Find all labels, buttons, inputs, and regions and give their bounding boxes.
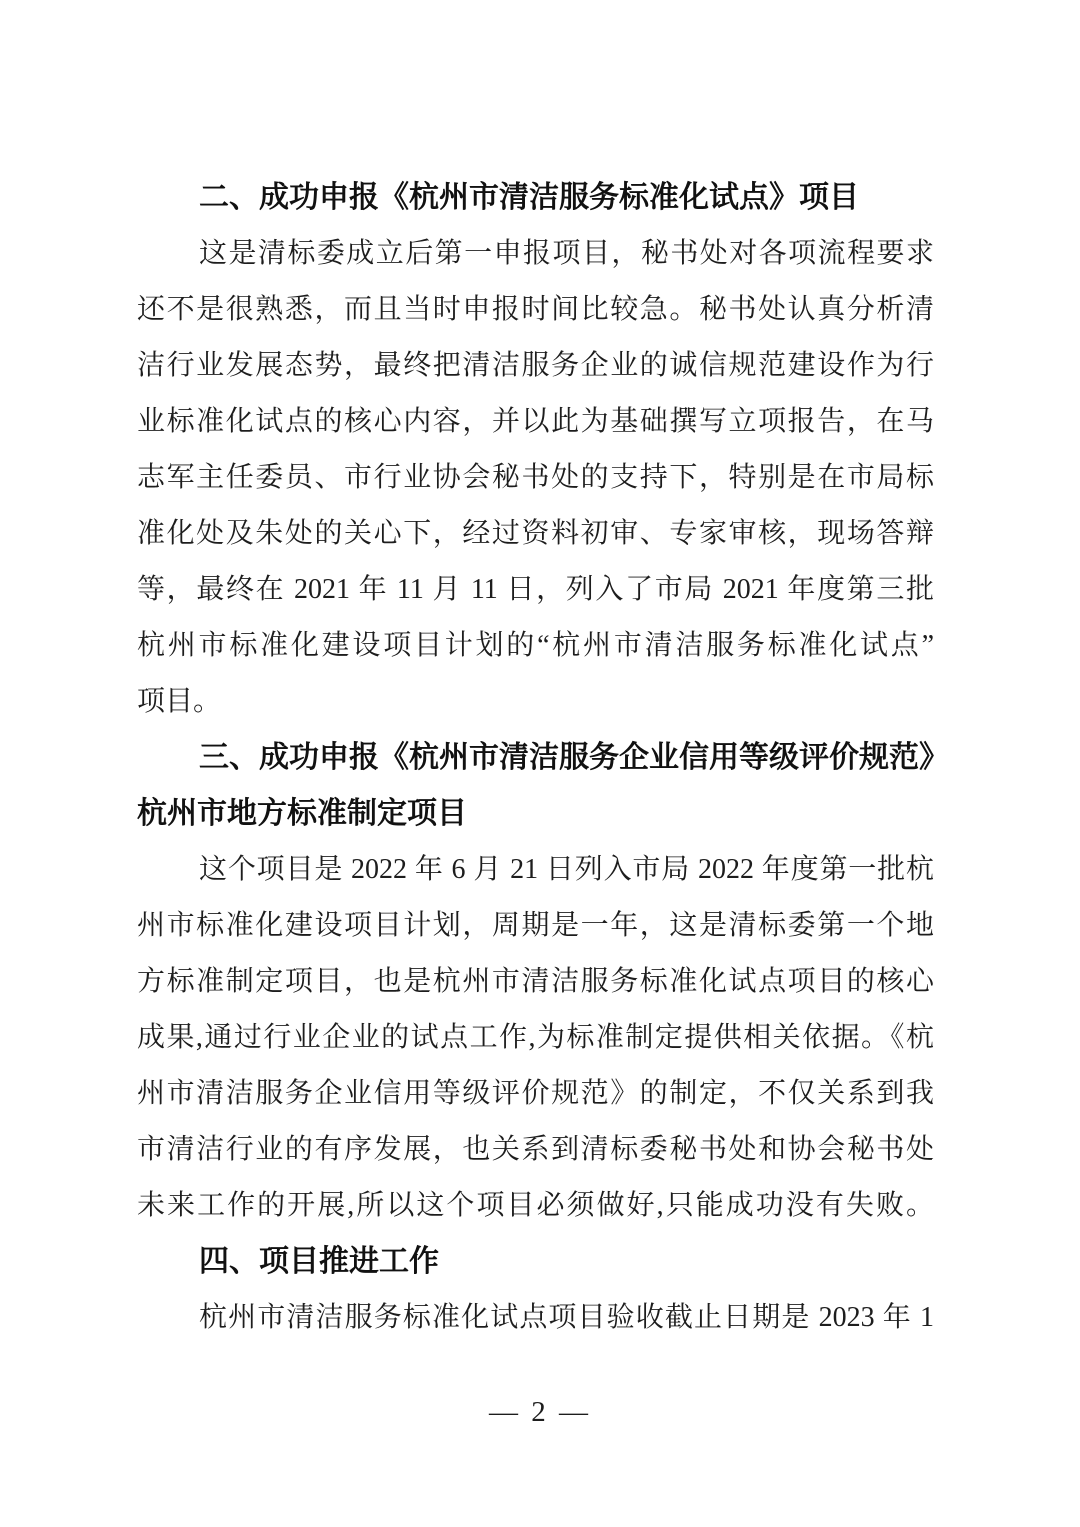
section-2-body-line: 这是清标委成立后第一申报项目，秘书处对各项流程要求 xyxy=(137,226,934,282)
section-2-body-line: 洁行业发展态势，最终把清洁服务企业的诚信规范建设作为行 xyxy=(137,338,934,394)
section-3-body-line: 方标准制定项目，也是杭州市清洁服务标准化试点项目的核心 xyxy=(137,954,934,1010)
page-number: — 2 — xyxy=(0,1388,1080,1436)
section-2-body-line: 等，最终在 2021 年 11 月 11 日，列入了市局 2021 年度第三批 xyxy=(137,562,934,618)
document-page: 二、成功申报《杭州市清洁服务标准化试点》项目 这是清标委成立后第一申报项目，秘书… xyxy=(0,0,1080,1527)
section-2-body-line: 项目。 xyxy=(137,674,934,730)
section-2-heading: 二、成功申报《杭州市清洁服务标准化试点》项目 xyxy=(137,170,934,226)
section-4-heading: 四、项目推进工作 xyxy=(137,1234,934,1290)
section-3-heading-line: 三、成功申报《杭州市清洁服务企业信用等级评价规范》 xyxy=(137,730,934,786)
section-3-body-line: 市清洁行业的有序发展，也关系到清标委秘书处和协会秘书处 xyxy=(137,1122,934,1178)
section-2-body-line: 准化处及朱处的关心下，经过资料初审、专家审核，现场答辩 xyxy=(137,506,934,562)
section-4-body-line: 杭州市清洁服务标准化试点项目验收截止日期是 2023 年 1 xyxy=(137,1290,934,1346)
section-2-body-line: 还不是很熟悉，而且当时申报时间比较急。秘书处认真分析清 xyxy=(137,282,934,338)
section-3-body-line: 州市清洁服务企业信用等级评价规范》的制定，不仅关系到我 xyxy=(137,1066,934,1122)
section-3-body-line: 未来工作的开展,所以这个项目必须做好,只能成功没有失败。 xyxy=(137,1178,934,1234)
section-3-heading-line: 杭州市地方标准制定项目 xyxy=(137,786,934,842)
section-2-body-line: 志军主任委员、市行业协会秘书处的支持下，特别是在市局标 xyxy=(137,450,934,506)
section-3-body-line: 成果,通过行业企业的试点工作,为标准制定提供相关依据。《杭 xyxy=(137,1010,934,1066)
document-body: 二、成功申报《杭州市清洁服务标准化试点》项目 这是清标委成立后第一申报项目，秘书… xyxy=(137,170,934,1346)
section-2-body-line: 杭州市标准化建设项目计划的“杭州市清洁服务标准化试点” xyxy=(137,618,934,674)
section-3-body-line: 州市标准化建设项目计划，周期是一年，这是清标委第一个地 xyxy=(137,898,934,954)
section-2-body-line: 业标准化试点的核心内容，并以此为基础撰写立项报告，在马 xyxy=(137,394,934,450)
section-3-body-line: 这个项目是 2022 年 6 月 21 日列入市局 2022 年度第一批杭 xyxy=(137,842,934,898)
